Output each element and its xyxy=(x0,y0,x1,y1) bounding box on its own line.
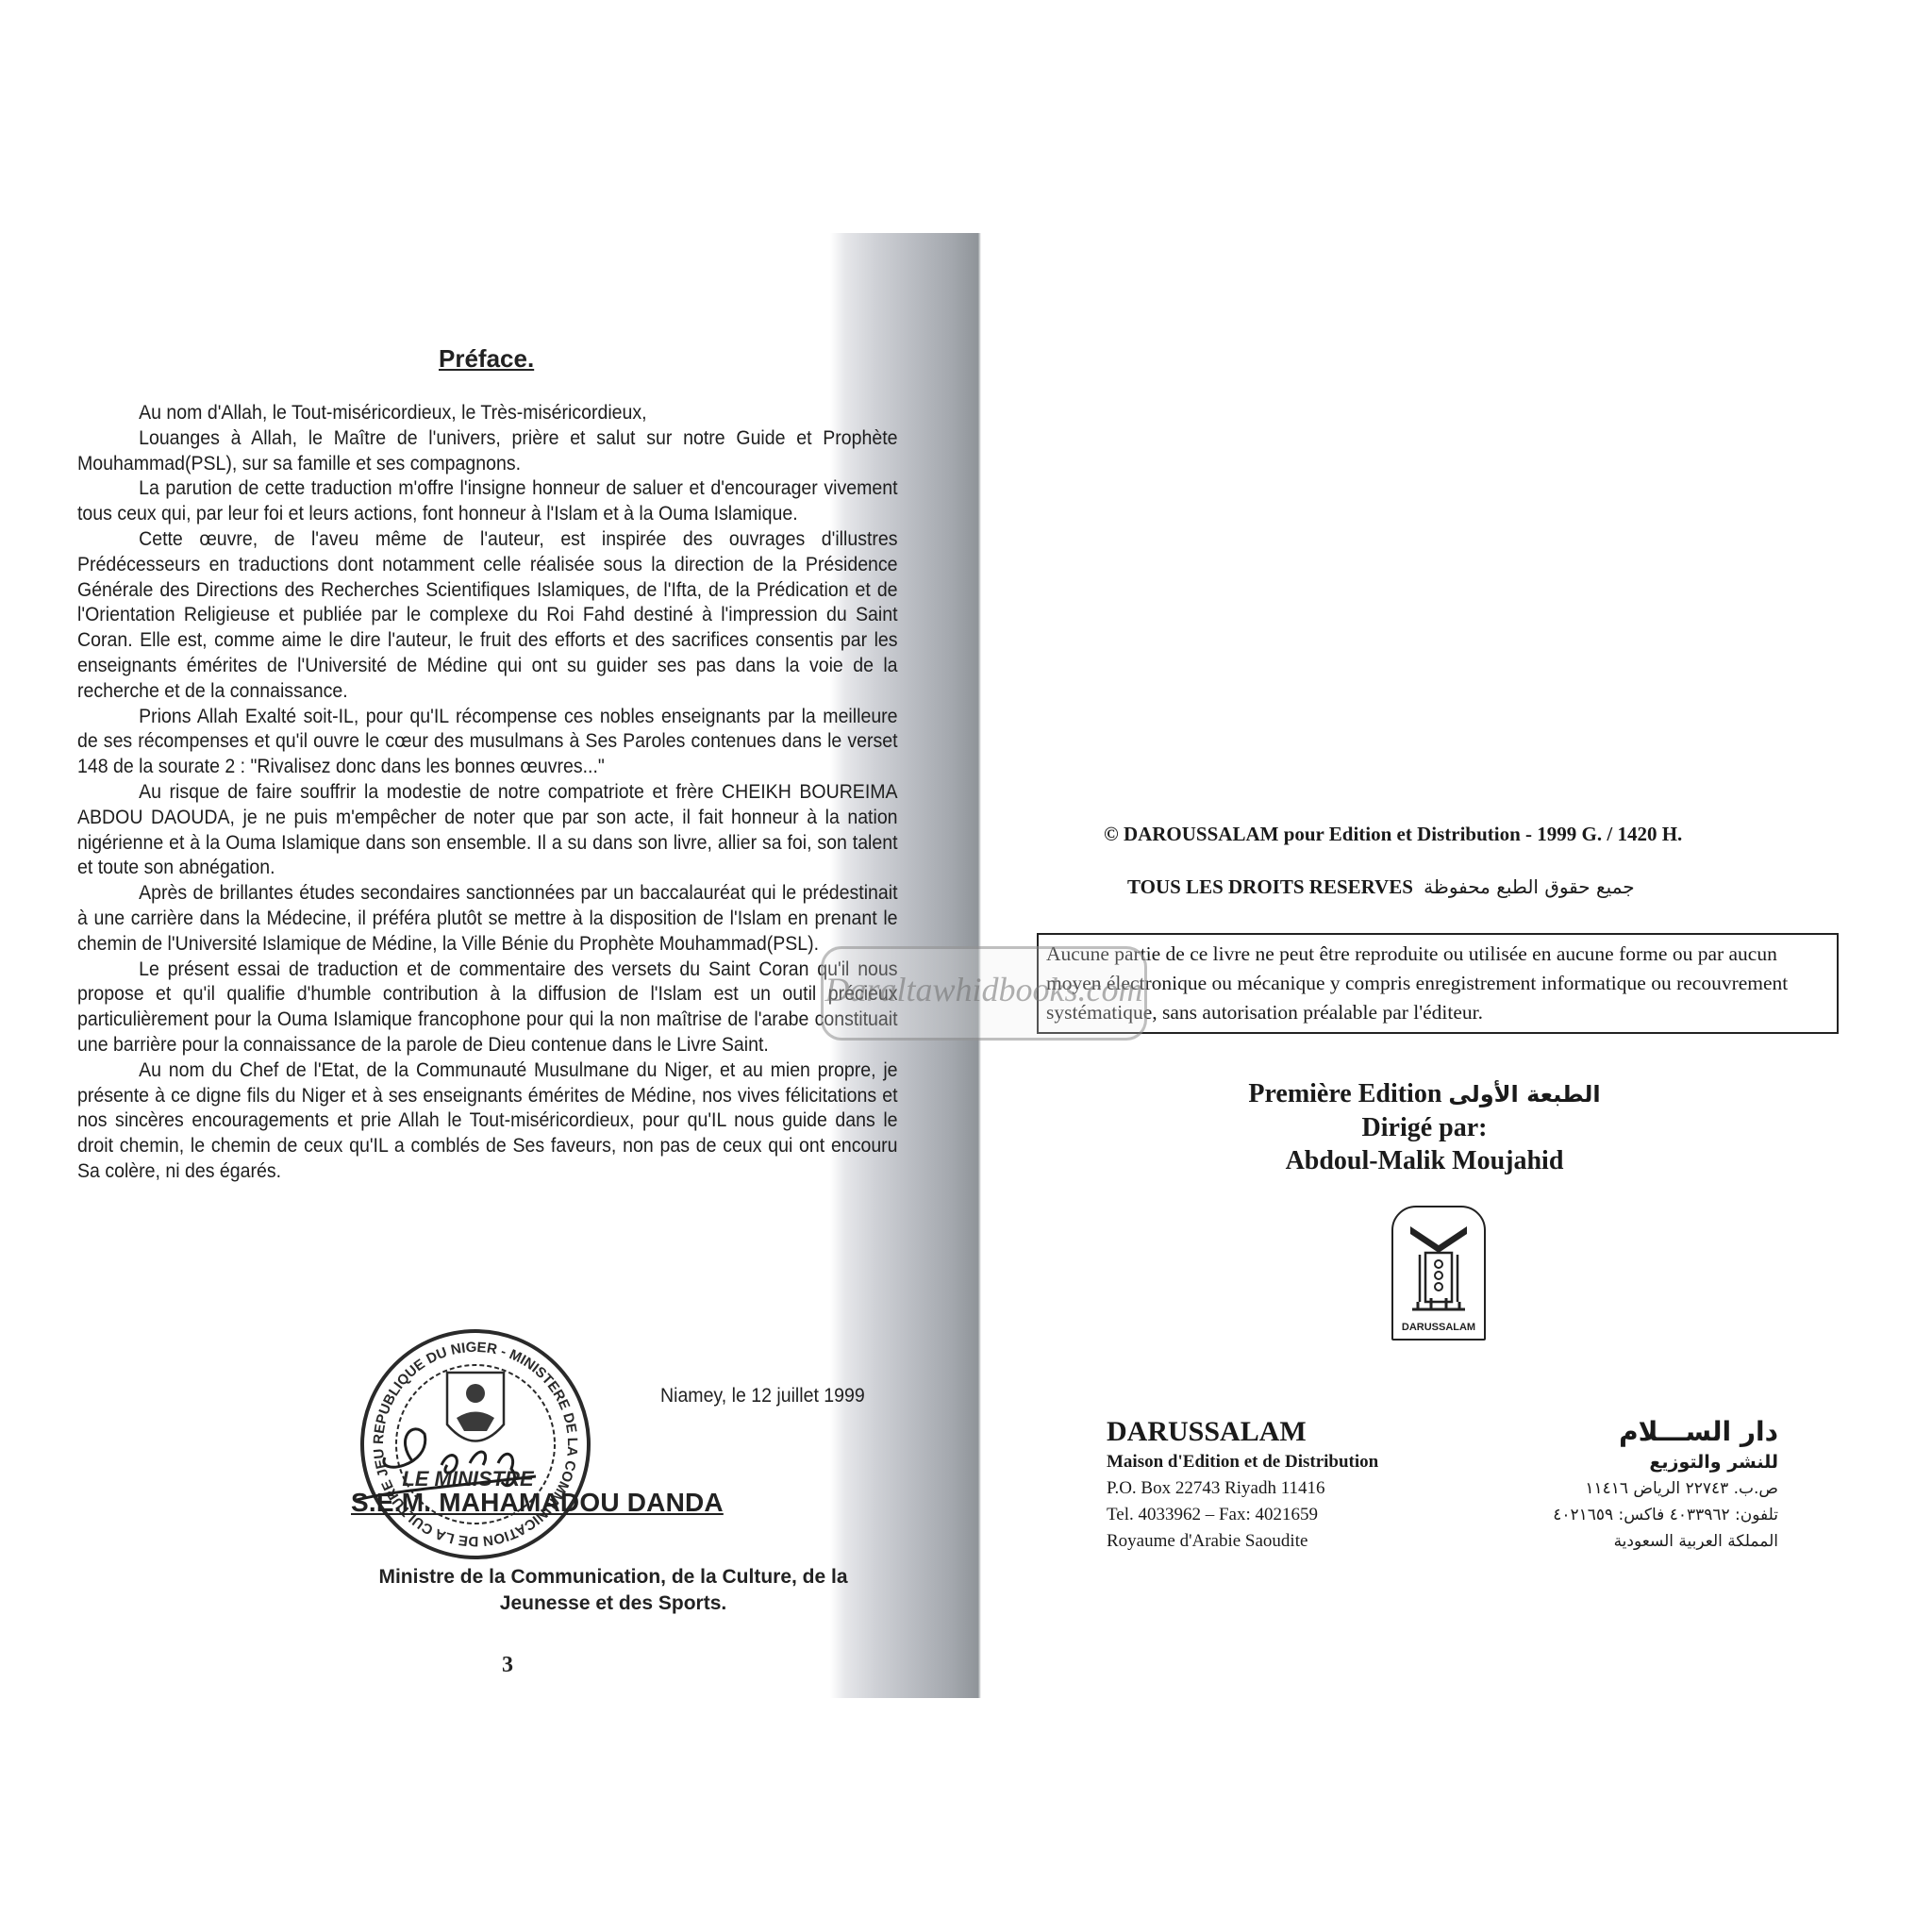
publisher-phone-fax-ar: تلفون: ٤٠٣٣٩٦٢ فاكس: ٤٠٢١٦٥٩ xyxy=(1472,1502,1778,1528)
preface-paragraph: Le présent essai de traduction et de com… xyxy=(77,958,898,1058)
signatory-title: Ministre de la Communication, de la Cult… xyxy=(349,1564,877,1617)
preface-title: Préface. xyxy=(439,344,534,374)
director-name: Abdoul-Malik Moujahid xyxy=(1179,1144,1670,1177)
open-book-minaret-icon xyxy=(1393,1207,1484,1339)
publisher-info-ar: دار الســـلام للنشر والتوزيع ص.ب. ٢٢٧٤٣ … xyxy=(1472,1415,1778,1555)
publisher-country-ar: المملكة العربية السعودية xyxy=(1472,1528,1778,1555)
signatory-name: S.E.M. MAHAMADOU DANDA xyxy=(351,1488,724,1518)
edition-block: Première Edition الطبعة الأولى Dirigé pa… xyxy=(1179,1077,1670,1177)
publisher-country: Royaume d'Arabie Saoudite xyxy=(1107,1528,1378,1555)
watermark: Daraltawhidbooks.com xyxy=(821,946,1147,1041)
preface-paragraph: Cette œuvre, de l'aveu même de l'auteur,… xyxy=(77,527,898,705)
darussalam-logo: DARUSSALAM xyxy=(1391,1206,1486,1341)
edition-ar: الطبعة الأولى xyxy=(1448,1081,1600,1108)
page-number: 3 xyxy=(502,1653,513,1678)
copyright-line: © DAROUSSALAM pour Edition et Distributi… xyxy=(1104,823,1682,846)
publisher-info-fr: DARUSSALAM Maison d'Edition et de Distri… xyxy=(1107,1415,1378,1555)
preface-paragraph: Au nom du Chef de l'Etat, de la Communau… xyxy=(77,1058,898,1185)
publisher-phone-fax: Tel. 4033962 – Fax: 4021659 xyxy=(1107,1502,1378,1528)
signatory-title-line2: Jeunesse et des Sports. xyxy=(349,1591,877,1617)
rights-reserved-ar: جميع حقوق الطبع محفوظة xyxy=(1424,875,1634,898)
date-line: Niamey, le 12 juillet 1999 xyxy=(660,1385,865,1407)
logo-text: DARUSSALAM xyxy=(1393,1322,1484,1333)
watermark-text: Daraltawhidbooks.com xyxy=(824,970,1144,1009)
preface-paragraph: Après de brillantes études secondaires s… xyxy=(77,881,898,957)
rights-reserved-fr: TOUS LES DROITS RESERVES xyxy=(1127,875,1413,898)
publisher-name: DARUSSALAM xyxy=(1107,1415,1378,1449)
preface-body: Au nom d'Allah, le Tout-miséricordieux, … xyxy=(77,401,898,1185)
publisher-name-ar: دار الســـلام xyxy=(1472,1415,1778,1449)
preface-paragraph: Louanges à Allah, le Maître de l'univers… xyxy=(77,426,898,477)
edition-line: Première Edition الطبعة الأولى xyxy=(1179,1077,1670,1111)
publisher-subtitle: Maison d'Edition et de Distribution xyxy=(1107,1449,1378,1475)
preface-paragraph: Au nom d'Allah, le Tout-miséricordieux, … xyxy=(77,401,898,426)
publisher-po-box: P.O. Box 22743 Riyadh 11416 xyxy=(1107,1475,1378,1502)
preface-paragraph: La parution de cette traduction m'offre … xyxy=(77,476,898,527)
rights-reserved: TOUS LES DROITS RESERVES جميع حقوق الطبع… xyxy=(1127,875,1635,899)
directed-by-label: Dirigé par: xyxy=(1179,1111,1670,1144)
edition-fr: Première Edition xyxy=(1248,1079,1441,1108)
publisher-subtitle-ar: للنشر والتوزيع xyxy=(1472,1449,1778,1475)
preface-paragraph: Prions Allah Exalté soit-IL, pour qu'IL … xyxy=(77,705,898,780)
publisher-po-box-ar: ص.ب. ٢٢٧٤٣ الرياض ١١٤١٦ xyxy=(1472,1475,1778,1502)
official-stamp: REPUBLIQUE DU NIGER - MINISTERE DE LA CO… xyxy=(357,1325,594,1563)
signatory-title-line1: Ministre de la Communication, de la Cult… xyxy=(349,1564,877,1591)
reproduction-notice-box: Aucune partie de ce livre ne peut être r… xyxy=(1037,933,1839,1034)
preface-paragraph: Au risque de faire souffrir la modestie … xyxy=(77,780,898,881)
